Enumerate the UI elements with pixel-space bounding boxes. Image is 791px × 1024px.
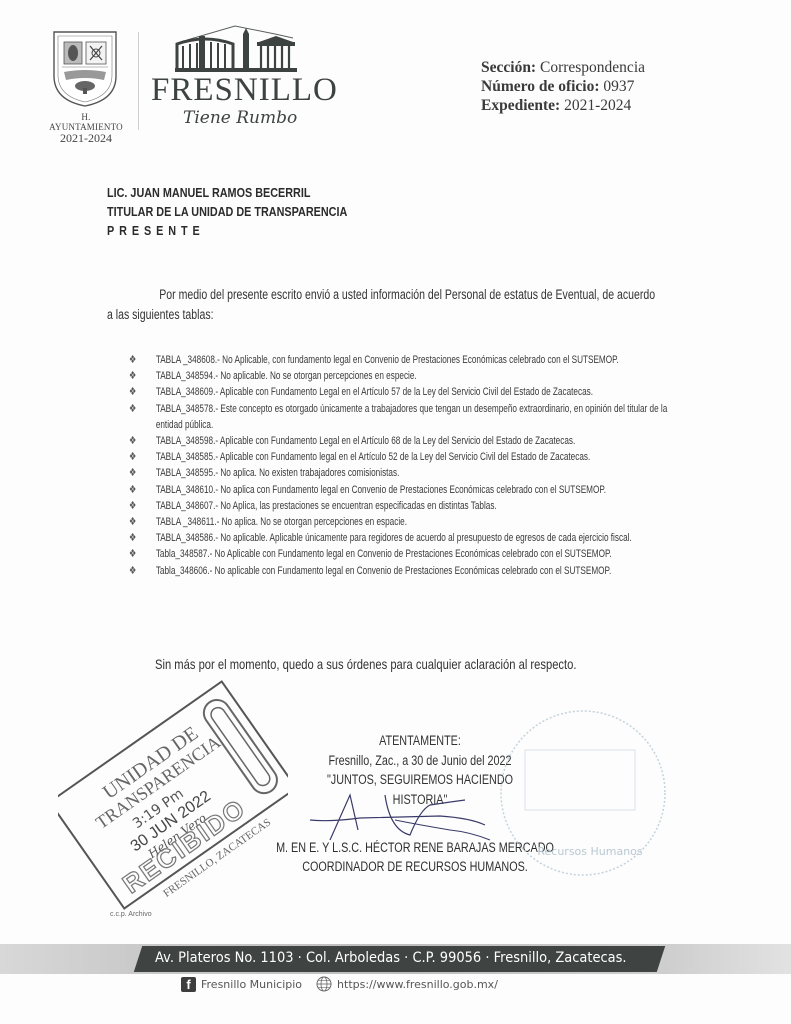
list-item-text: TABLA _348608.- No Aplicable, con fundam… [156,354,619,366]
intro-paragraph: Por medio del presente escrito envió a u… [107,285,684,325]
list-item-text: TABLA_348594.- No aplicable. No se otorg… [156,370,417,382]
globe-icon [316,976,332,992]
expediente-label: Expediente: [481,97,560,114]
list-item: ❖TABLA _348608.- No Aplicable, con funda… [129,352,688,368]
list-item-text: TABLA_348598.- Aplicable con Fundamento … [156,435,575,447]
list-item: ❖TABLA_348594.- No aplicable. No se otor… [129,368,688,384]
addressee-name: LIC. JUAN MANUEL RAMOS BECERRIL [107,183,347,202]
footer-address: Av. Plateros No. 1103 · Col. Arboledas ·… [155,950,627,966]
diamond-bullet-icon: ❖ [129,498,136,514]
diamond-bullet-icon: ❖ [129,368,136,384]
list-item-text: TABLA_348607.- No Aplica, las prestacion… [156,500,497,512]
list-item-text: TABLA_348610.- No aplica con Fundamento … [156,484,606,496]
ayuntamiento-period: 2021-2024 [44,132,128,144]
diamond-bullet-icon: ❖ [129,433,136,449]
diamond-bullet-icon: ❖ [129,530,136,546]
list-item: ❖TABLA_348578.- Este concepto es otorgad… [129,401,688,433]
footer-social: f Fresnillo Municipio https://www.fresni… [181,976,498,992]
list-item: ❖TABLA_348595.- No aplica. No existen tr… [129,465,688,481]
recursos-humanos-stamp: Recursos Humanos [495,705,670,880]
expediente-row: Expediente: 2021-2024 [481,96,645,115]
brand-name: FRESNILLO [151,72,338,109]
received-stamp: UNIDAD DE TRANSPARENCIA 3:19 Pm 30 JUN 2… [58,680,288,910]
list-item: ❖TABLA_348585.- Aplicable con Fundamento… [129,449,688,465]
website-link[interactable]: https://www.fresnillo.gob.mx/ [337,978,498,991]
brand-tagline: Tiene Rumbo [183,108,297,128]
header-divider [138,32,139,130]
list-item: ❖TABLA_348586.- No aplicable. Aplicable … [129,530,688,546]
list-item: ❖Tabla_348587.- No Aplicable con Fundame… [129,546,688,562]
intro-line-2: a las siguientes tablas: [107,305,684,325]
municipal-seal-icon [50,28,120,108]
list-item-text: Tabla_348587.- No Aplicable con Fundamen… [156,548,612,560]
list-item: ❖ TABLA _348611.- No aplica. No se otorg… [129,514,688,530]
tables-list: ❖TABLA _348608.- No Aplicable, con funda… [129,352,688,579]
list-item: ❖TABLA_348610.- No aplica con Fundamento… [129,482,688,498]
addressee-block: LIC. JUAN MANUEL RAMOS BECERRIL TITULAR … [107,183,347,240]
oficio-row: Número de oficio: 0937 [481,77,645,96]
facebook-icon: f [181,977,196,992]
seccion-row: Sección: Correspondencia [481,58,645,77]
city-skyline-icon [175,24,297,72]
diamond-bullet-icon: ❖ [129,514,136,530]
seccion-value: Correspondencia [540,59,645,76]
document-meta: Sección: Correspondencia Número de ofici… [481,58,645,115]
diamond-bullet-icon: ❖ [129,465,136,481]
seccion-label: Sección: [481,59,536,76]
oficio-value: 0937 [603,78,634,95]
rh-stamp-text: Recursos Humanos [537,845,643,858]
list-item-text: TABLA_348585.- Aplicable con Fundamento … [156,451,590,463]
expediente-value: 2021-2024 [564,97,631,114]
addressee-title: TITULAR DE LA UNIDAD DE TRANSPARENCIA [107,202,347,221]
diamond-bullet-icon: ❖ [129,384,136,400]
oficio-label: Número de oficio: [481,78,600,95]
list-item: ❖TABLA_348609.- Aplicable con Fundamento… [129,384,688,400]
list-item-text: TABLA_348609.- Aplicable con Fundamento … [156,386,593,398]
ccp-archivo: c.c.p. Archivo [110,911,152,918]
list-item-text: TABLA_348578.- Este concepto es otorgado… [156,403,667,431]
diamond-bullet-icon: ❖ [129,563,136,579]
intro-line-1: Por medio del presente escrito envió a u… [107,285,684,305]
diamond-bullet-icon: ❖ [129,352,136,368]
ayuntamiento-title: H. AYUNTAMIENTO [44,112,128,132]
addressee-presente: PRESENTE [107,221,347,240]
handwritten-signature-icon [300,790,500,845]
list-item-text: Tabla_348606.- No aplicable con Fundamen… [156,565,611,577]
diamond-bullet-icon: ❖ [129,546,136,562]
list-item-text: TABLA_348586.- No aplicable. Aplicable ú… [156,532,632,544]
closing-text: Sin más por el momento, quedo a sus órde… [155,656,576,672]
diamond-bullet-icon: ❖ [129,482,136,498]
list-item: ❖TABLA_348607.- No Aplica, las prestacio… [129,498,688,514]
ayuntamiento-label: H. AYUNTAMIENTO 2021-2024 [44,112,128,144]
list-item: ❖TABLA_348598.- Aplicable con Fundamento… [129,433,688,449]
list-item-text: TABLA _348611.- No aplica. No se otorgan… [156,516,407,528]
diamond-bullet-icon: ❖ [129,401,136,417]
facebook-label[interactable]: Fresnillo Municipio [201,978,302,991]
list-item: ❖Tabla_348606.- No aplicable con Fundame… [129,563,688,579]
list-item-text: TABLA_348595.- No aplica. No existen tra… [156,467,400,479]
diamond-bullet-icon: ❖ [129,449,136,465]
